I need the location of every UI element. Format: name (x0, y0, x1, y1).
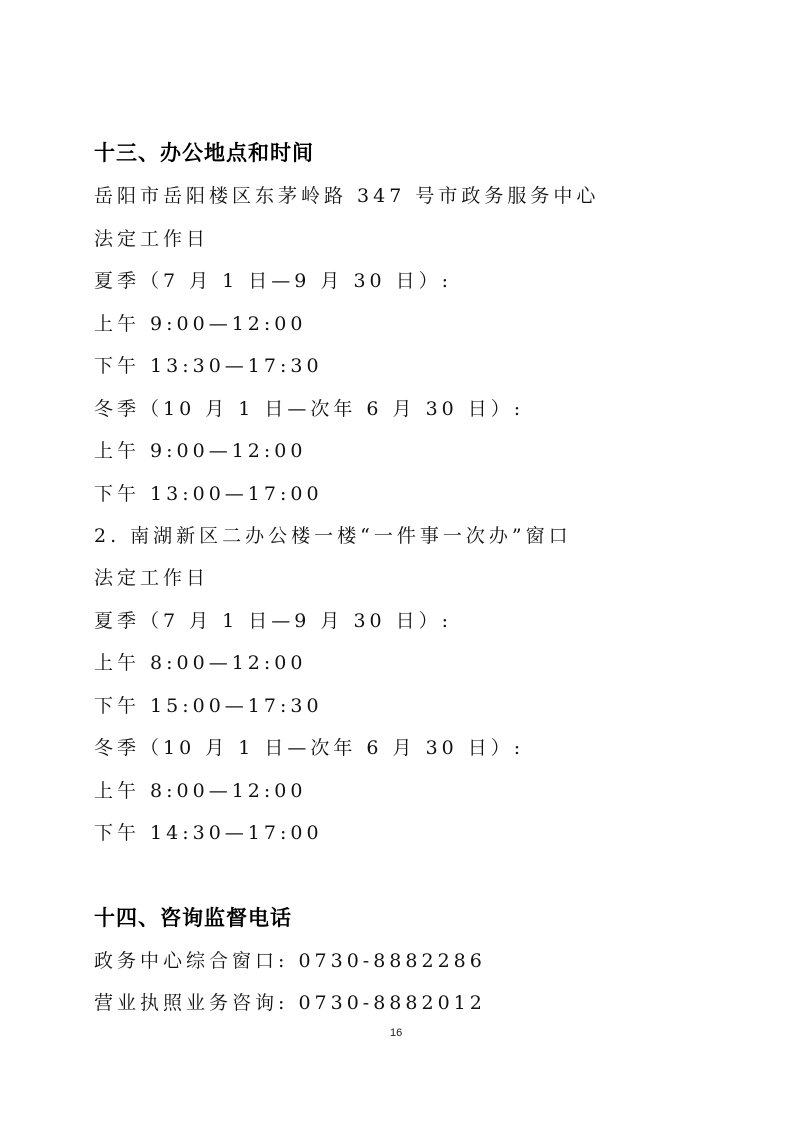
phone-license-inquiry: 营业执照业务咨询: 0730-8882012 (94, 991, 486, 1015)
page-number: 16 (390, 1027, 402, 1039)
summer-period: 夏季（7 月 1 日—9 月 30 日）: (94, 609, 452, 633)
winter-morning-hours: 上午 9:00—12:00 (94, 439, 306, 463)
summer-afternoon-hours: 下午 15:00—17:30 (94, 694, 323, 718)
winter-period: 冬季（10 月 1 日—次年 6 月 30 日）: (94, 736, 524, 760)
winter-period: 冬季（10 月 1 日—次年 6 月 30 日）: (94, 397, 524, 421)
address-line: 岳阳市岳阳楼区东茅岭路 347 号市政务服务中心 (94, 184, 599, 208)
workday-label: 法定工作日 (94, 566, 209, 590)
winter-afternoon-hours: 下午 14:30—17:00 (94, 821, 323, 845)
section-heading: 十三、办公地点和时间 (94, 140, 314, 166)
summer-afternoon-hours: 下午 13:30—17:30 (94, 354, 323, 378)
workday-label: 法定工作日 (94, 227, 209, 251)
summer-period: 夏季（7 月 1 日—9 月 30 日）: (94, 269, 452, 293)
phone-general-window: 政务中心综合窗口: 0730-8882286 (94, 949, 486, 973)
summer-morning-hours: 上午 9:00—12:00 (94, 312, 306, 336)
winter-morning-hours: 上午 8:00—12:00 (94, 779, 306, 803)
summer-morning-hours: 上午 8:00—12:00 (94, 651, 306, 675)
location-2-line: 2. 南湖新区二办公楼一楼“一件事一次办”窗口 (94, 524, 572, 548)
winter-afternoon-hours: 下午 13:00—17:00 (94, 482, 323, 506)
section-heading: 十四、咨询监督电话 (94, 905, 292, 931)
